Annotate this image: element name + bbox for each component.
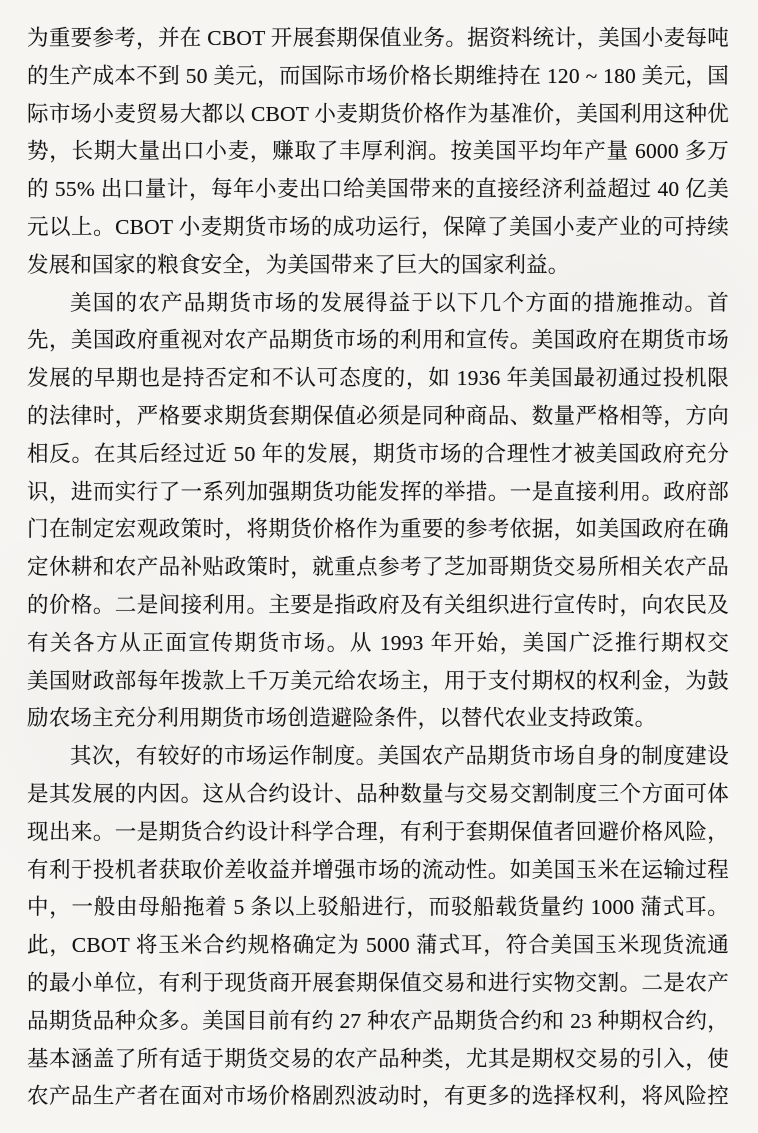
text-line: 品期货品种众多。美国目前有约 27 种农产品期货合约和 23 种期权合约， (27, 1003, 729, 1041)
text-line-paragraph-start: 美国的农产品期货市场的发展得益于以下几个方面的措施推动。首 (27, 285, 729, 323)
text-line: 是其发展的内因。这从合约设计、品种数量与交易交割制度三个方面可体 (27, 776, 729, 814)
text-line: 门在制定宏观政策时，将期货价格作为重要的参考依据，如美国政府在确 (27, 511, 729, 549)
text-line: 此，CBOT 将玉米合约规格确定为 5000 蒲式耳，符合美国玉米现货流通中 (27, 927, 729, 965)
text-line: 有利于投机者获取价差收益并增强市场的流动性。如美国玉米在运输过程 (27, 852, 729, 890)
text-line: 发展的早期也是持否定和不认可态度的，如 1936 年美国最初通过投机限制 (27, 360, 729, 398)
text-line: 的 55% 出口量计，每年小麦出口给美国带来的直接经济利益超过 40 亿美 (27, 171, 729, 209)
text-line: 定休耕和农产品补贴政策时，就重点参考了芝加哥期货交易所相关农产品 (27, 549, 729, 587)
text-line-paragraph-end: 发展和国家的粮食安全，为美国带来了巨大的国家利益。 (27, 247, 729, 285)
text-line: 相反。在其后经过近 50 年的发展，期货市场的合理性才被美国政府充分认 (27, 436, 729, 474)
text-line: 的生产成本不到 50 美元，而国际市场价格长期维持在 120 ~ 180 美元，… (27, 58, 729, 96)
text-line: 的最小单位，有利于现货商开展套期保值交易和进行实物交割。二是农产 (27, 965, 729, 1003)
text-line: 美国财政部每年拨款上千万美元给农场主，用于支付期权的权利金，为鼓 (27, 663, 729, 701)
text-line-paragraph-end: 励农场主充分利用期货市场创造避险条件，以替代农业支持政策。 (27, 700, 729, 738)
text-line: 际市场小麦贸易大都以 CBOT 小麦期货价格作为基准价，美国利用这种优 (27, 96, 729, 134)
text-line: 势，长期大量出口小麦，赚取了丰厚利润。按美国平均年产量 6000 多万吨 (27, 133, 729, 171)
text-line: 基本涵盖了所有适于期货交易的农产品种类，尤其是期权交易的引入，使 (27, 1041, 729, 1079)
text-line-paragraph-start: 其次，有较好的市场运作制度。美国农产品期货市场自身的制度建设 (27, 738, 729, 776)
text-line: 的价格。二是间接利用。主要是指政府及有关组织进行宣传时，向农民及 (27, 587, 729, 625)
text-line: 识，进而实行了一系列加强期货功能发挥的举措。一是直接利用。政府部 (27, 474, 729, 512)
text-line: 现出来。一是期货合约设计科学合理，有利于套期保值者回避价格风险， (27, 814, 729, 852)
scanned-page: 为重要参考，并在 CBOT 开展套期保值业务。据资料统计，美国小麦每吨 的生产成… (0, 0, 758, 1133)
text-line: 为重要参考，并在 CBOT 开展套期保值业务。据资料统计，美国小麦每吨 (27, 20, 729, 58)
text-block: 为重要参考，并在 CBOT 开展套期保值业务。据资料统计，美国小麦每吨 的生产成… (27, 20, 729, 1116)
text-line: 元以上。CBOT 小麦期货市场的成功运行，保障了美国小麦产业的可持续 (27, 209, 729, 247)
text-line: 先，美国政府重视对农产品期货市场的利用和宣传。美国政府在期货市场 (27, 322, 729, 360)
text-line: 农产品生产者在面对市场价格剧烈波动时，有更多的选择权利，将风险控 (27, 1078, 729, 1116)
text-line: 中，一般由母船拖着 5 条以上驳船进行，而驳船载货量约 1000 蒲式耳。因 (27, 889, 729, 927)
text-line: 的法律时，严格要求期货套期保值必须是同种商品、数量严格相等，方向 (27, 398, 729, 436)
text-line: 有关各方从正面宣传期货市场。从 1993 年开始，美国广泛推行期权交易， (27, 625, 729, 663)
